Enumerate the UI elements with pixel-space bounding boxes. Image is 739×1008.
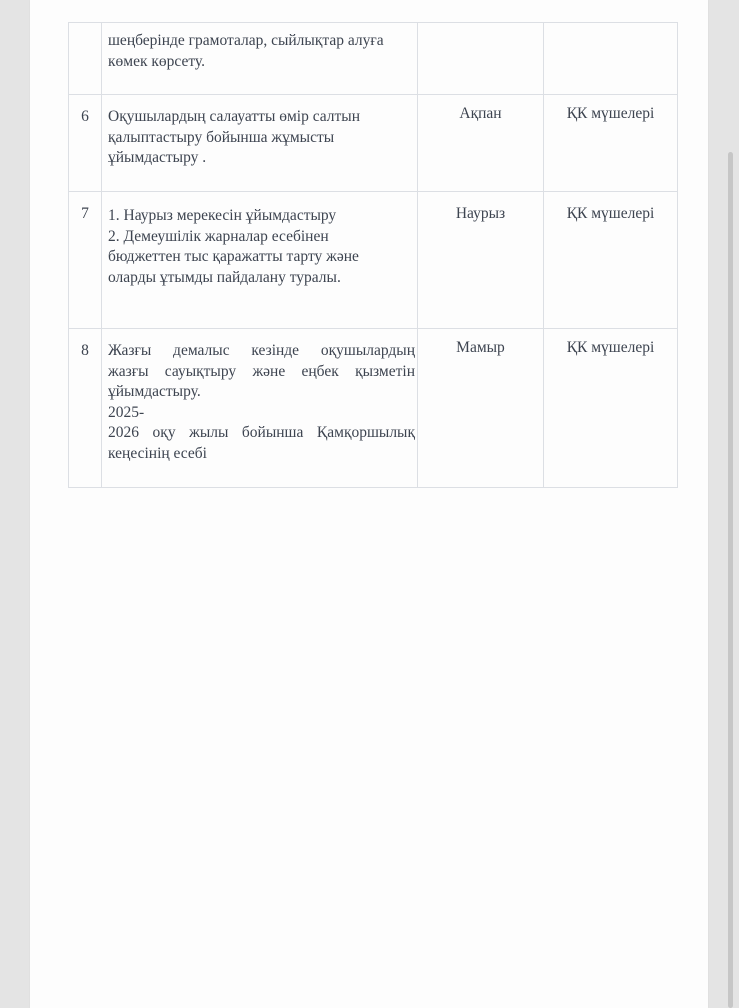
table-row: шеңберінде грамоталар, сыйлықтар алуға к… [69,23,678,95]
row-responsible: ҚК мүшелері [544,192,678,329]
content-line: 2025- [108,403,415,424]
row-content: Оқушылардың салауатты өмір салтын қалыпт… [102,95,418,192]
content-line: ұйымдастыру . [108,148,417,169]
content-line: қалыптастыру бойынша жұмысты [108,128,417,149]
row-number: 8 [69,329,102,488]
row-month: Наурыз [418,192,544,329]
row-content: Жазғы демалыс кезінде оқушылардың жазғы … [102,329,418,488]
content-line: Жазғы демалыс кезінде оқушылардың [108,341,415,362]
content-line: оларды ұтымды пайдалану туралы. [108,268,417,289]
row-number: 7 [69,192,102,329]
content-line: 1. Наурыз мерекесін ұйымдастыру [108,206,417,227]
row-responsible [544,23,678,95]
row-month: Ақпан [418,95,544,192]
row-responsible: ҚК мүшелері [544,95,678,192]
scrollbar-thumb[interactable] [728,152,733,1008]
content-line: жазғы сауықтыру және еңбек қызметін [108,362,415,383]
content-line: кеңесінің есебі [108,444,415,465]
content-line: 2. Демеушілік жарналар есебінен [108,227,417,248]
row-content: шеңберінде грамоталар, сыйлықтар алуға к… [102,23,418,95]
content-line: шеңберінде грамоталар, сыйлықтар алуға [108,31,417,52]
row-content: 1. Наурыз мерекесін ұйымдастыру 2. Демеу… [102,192,418,329]
content-line: Оқушылардың салауатты өмір салтын [108,107,417,128]
content-line: көмек көрсету. [108,52,417,73]
table-row: 6 Оқушылардың салауатты өмір салтын қалы… [69,95,678,192]
table-row: 8 Жазғы демалыс кезінде оқушылардың жазғ… [69,329,678,488]
row-number: 6 [69,95,102,192]
content-line: 2026 оқу жылы бойынша Қамқоршылық [108,423,415,444]
plan-table: шеңберінде грамоталар, сыйлықтар алуға к… [68,22,678,488]
row-responsible: ҚК мүшелері [544,329,678,488]
row-month [418,23,544,95]
content-line: ұйымдастыру. [108,382,415,403]
row-month: Мамыр [418,329,544,488]
row-number [69,23,102,95]
document-viewer: шеңберінде грамоталар, сыйлықтар алуға к… [0,0,739,1008]
document-page: шеңберінде грамоталар, сыйлықтар алуға к… [30,0,708,1008]
content-line: бюджеттен тыс қаражатты тарту және [108,247,417,268]
table-row: 7 1. Наурыз мерекесін ұйымдастыру 2. Дем… [69,192,678,329]
